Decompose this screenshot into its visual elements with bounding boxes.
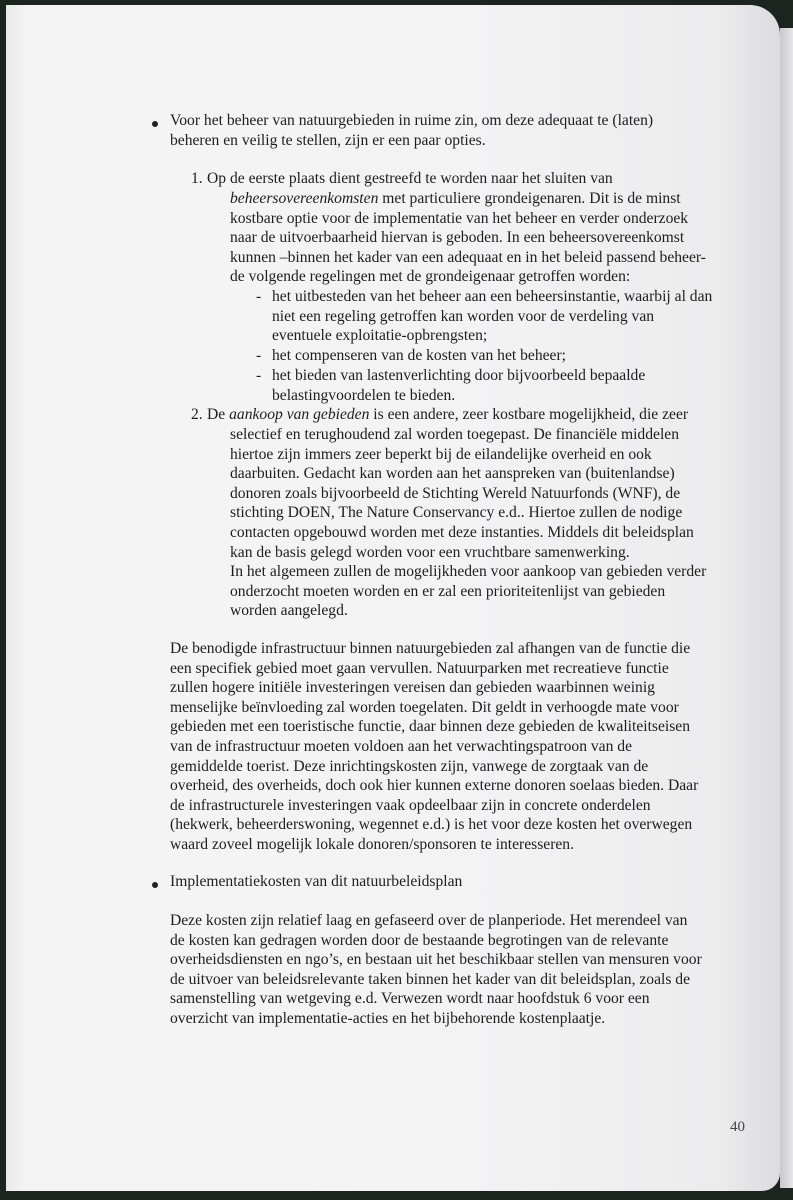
text-line: contacten opgebouwd worden met deze inst… (230, 523, 793, 543)
text-line: waard zoveel mogelijk lokale donoren/spo… (170, 835, 770, 855)
text-line: overzicht van implementatie-acties en he… (170, 1009, 770, 1029)
dash-marker: - (256, 287, 261, 307)
text-line: kostbare optie voor de implementatie van… (230, 209, 793, 229)
bullet1-text: Voor het beheer van natuurgebieden in ru… (170, 111, 770, 150)
bullet2-heading: Implementatiekosten van dit natuurbeleid… (170, 872, 770, 892)
text-line: In het algemeen zullen de mogelijkheden … (230, 562, 793, 582)
text-line: Deze kosten zijn relatief laag en gefase… (170, 911, 770, 931)
text-line: de uitvoer van beleidsrelevante taken bi… (170, 970, 770, 990)
subitem: het compenseren van de kosten van het be… (272, 346, 793, 366)
text-line: daarbuiten. Gedacht kan worden aan het a… (230, 464, 793, 484)
text-line: niet een regeling getroffen kan worden v… (272, 307, 793, 327)
infrastructure-paragraph: De benodigde infrastructuur binnen natuu… (170, 639, 770, 855)
text-line: het bieden van lastenverlichting door bi… (272, 366, 793, 386)
section-heading: Implementatiekosten van dit natuurbeleid… (170, 872, 770, 892)
text-line: het compenseren van de kosten van het be… (272, 346, 793, 366)
text-line: stichting DOEN, The Nature Conservancy e… (230, 503, 793, 523)
italic-term: aankoop van gebieden (229, 406, 369, 423)
text-line: (hekwerk, beheerderswoning, wegennet e.d… (170, 815, 770, 835)
text-line: de volgende regelingen met de grondeigen… (230, 267, 793, 287)
italic-term: beheersovereenkomsten (230, 190, 378, 207)
text-line: Voor het beheer van natuurgebieden in ru… (170, 111, 770, 131)
list-number: 1. (191, 169, 203, 189)
text-line: beheersovereenkomsten met particuliere g… (230, 189, 793, 209)
item1-first-line: Op de eerste plaats dient gestreefd te w… (207, 169, 793, 189)
text-line: worden aangelegd. (230, 601, 793, 621)
text-line: de infrastructurele investeringen vaak o… (170, 796, 770, 816)
text-line: kan de basis gelegd worden voor een vruc… (230, 543, 793, 563)
text-line: naar de uitvoerbaarheid hiervan is gebod… (230, 228, 793, 248)
text-fragment: De (207, 406, 229, 423)
text-fragment: is een andere, zeer kostbare mogelijkhei… (369, 406, 688, 423)
text-line: belastingvoordelen te bieden. (272, 386, 793, 406)
text-line: het uitbesteden van het beheer aan een b… (272, 287, 793, 307)
text-line: gemiddelde toerist. Deze inrichtingskost… (170, 757, 770, 777)
bullet-icon (152, 121, 158, 127)
text-line: de kosten kan gedragen worden door de be… (170, 931, 770, 951)
text-line: eventuele exploitatie-opbrengsten; (272, 326, 793, 346)
text-line: beheren en veilig te stellen, zijn er ee… (170, 131, 770, 151)
subitem: het bieden van lastenverlichting door bi… (272, 366, 793, 405)
text-line: samenstelling van wetgeving e.d. Verweze… (170, 989, 770, 1009)
text-line: selectief en terughoudend zal worden toe… (230, 425, 793, 445)
implementation-costs-paragraph: Deze kosten zijn relatief laag en gefase… (170, 911, 770, 1029)
bullet-icon (152, 882, 158, 888)
page-number: 40 (730, 1119, 745, 1136)
text-line: De aankoop van gebieden is een andere, z… (207, 405, 793, 425)
list-number: 2. (191, 405, 203, 425)
text-line: overheid, des overheids, doch ook hier k… (170, 776, 770, 796)
dash-marker: - (256, 366, 261, 386)
subitem: het uitbesteden van het beheer aan een b… (272, 287, 793, 346)
dash-marker: - (256, 346, 261, 366)
text-line: onderzocht moeten worden en er zal een p… (230, 582, 793, 602)
text-line: menselijke beïnvloeding zal worden toege… (170, 698, 770, 718)
item1-body: beheersovereenkomsten met particuliere g… (230, 189, 793, 287)
text-line: kunnen –binnen het kader van een adequaa… (230, 248, 793, 268)
text-line: gebieden met een toeristische functie, d… (170, 717, 770, 737)
text-line: De benodigde infrastructuur binnen natuu… (170, 639, 770, 659)
text-line: van de infrastructuur moeten voldoen aan… (170, 737, 770, 757)
text-fragment: met particuliere grondeigenaren. Dit is … (378, 190, 680, 207)
text-line: Op de eerste plaats dient gestreefd te w… (207, 169, 793, 189)
text-line: een specifiek gebied moet gaan vervullen… (170, 659, 770, 679)
text-line: donoren zoals bijvoorbeeld de Stichting … (230, 484, 793, 504)
text-line: zullen hogere initiële investeringen ver… (170, 678, 770, 698)
item2-first-line: De aankoop van gebieden is een andere, z… (207, 405, 793, 425)
item2-body: selectief en terughoudend zal worden toe… (230, 425, 793, 621)
text-line: hiertoe zijn immers zeer beperkt bij de … (230, 445, 793, 465)
text-line: overheidsdiensten en ngo’s, en bestaan u… (170, 950, 770, 970)
